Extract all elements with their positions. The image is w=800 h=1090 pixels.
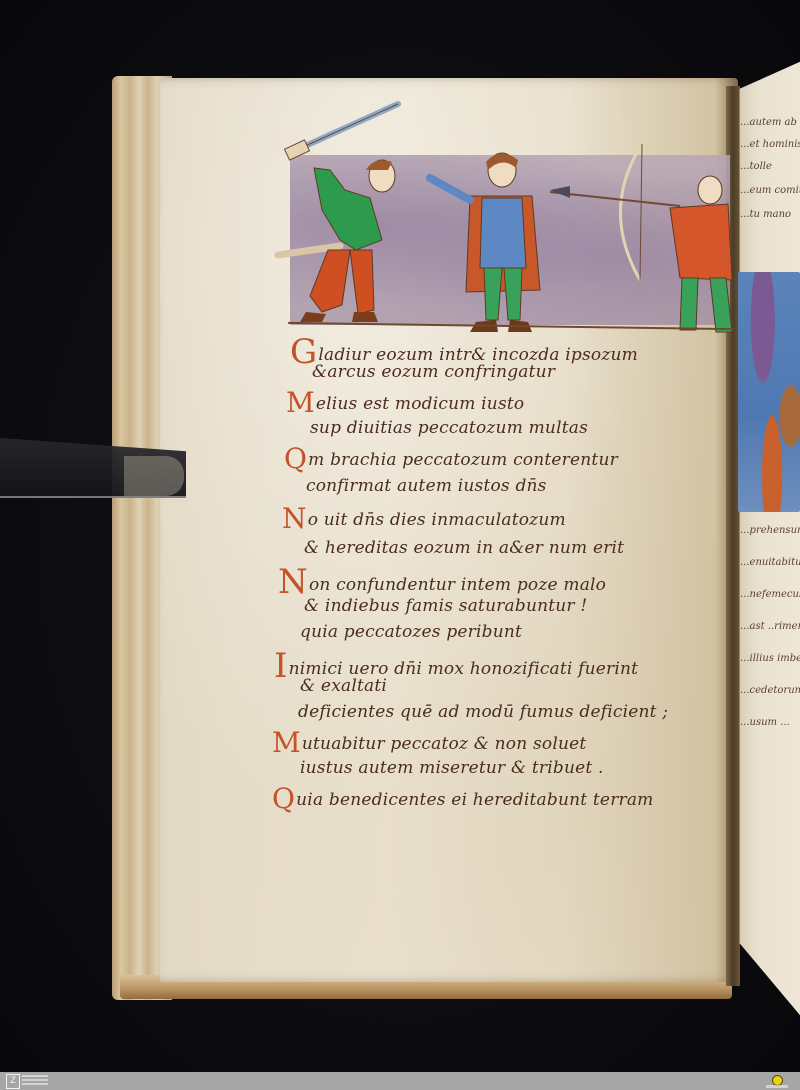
- library-name-text: [22, 1075, 48, 1086]
- central-figure: [430, 153, 540, 332]
- right-page-text-line: ...prehensum fenua: [740, 520, 800, 542]
- text-line: Qm brachia peccatozum conterentur: [284, 442, 618, 475]
- text-line: Quia benedicentes ei hereditabunt terram: [272, 782, 654, 815]
- text-line: confirmat autem iustos dn̄s: [306, 476, 547, 496]
- right-page-text-line: ...illius imbecillim: [740, 648, 800, 670]
- right-page-text-line: ...eum comitabit: [740, 180, 800, 202]
- rubric-initial: M: [272, 726, 301, 759]
- right-page-text-line: ...autem ab: [740, 112, 800, 134]
- text-line: &arcus eozum confringatur: [312, 362, 555, 382]
- archer-figure: [550, 144, 732, 332]
- viewer-footer: Z: [0, 1072, 800, 1090]
- right-page-text-line: ...ast ..rimentur: [740, 616, 800, 638]
- rubric-initial: Q: [272, 782, 295, 815]
- rubric-initial: I: [274, 646, 288, 686]
- image-viewer: ...autem ab ...et hominis ...tolle ...eu…: [0, 0, 800, 1072]
- text-line: deficientes quē ad modū fumus deficien…: [298, 702, 668, 722]
- library-logo-icon[interactable]: Z: [6, 1074, 20, 1089]
- text-line: Melius est modicum iusto: [286, 386, 524, 419]
- swordsman-figure: [278, 104, 398, 322]
- license-label: [766, 1085, 788, 1088]
- page-weight-tip: [124, 456, 184, 496]
- right-page-text-line: ...nefemecus quero: [740, 584, 800, 606]
- right-page-illumination: [738, 272, 800, 512]
- right-page-text-line: ...enuitabitum der: [740, 552, 800, 574]
- text-line: & hereditas eozum in a&er num erit: [304, 538, 624, 558]
- text-line: iustus autem miseretur & tribuet .: [300, 758, 604, 778]
- text-line: sup diuitias peccatozum multas: [310, 418, 588, 438]
- figures-drawing: [270, 100, 740, 340]
- right-page-text-line: ...cedetorum: [740, 680, 800, 702]
- text-line: No uit dn̄s dies inmaculatozum: [282, 502, 566, 535]
- right-page-text-line: ...tu mano: [740, 204, 800, 226]
- text-line: Mutuabitur peccatoz & non soluet: [272, 726, 586, 759]
- right-page-text-line: ...usum ...: [740, 712, 800, 734]
- rubric-initial: M: [286, 386, 315, 419]
- text-line: & indiebus famis saturabuntur !: [304, 596, 587, 616]
- miniature-illustration: [270, 100, 740, 340]
- rubric-initial: N: [282, 502, 307, 535]
- text-line: quia peccatozes peribunt: [300, 622, 522, 642]
- text-line: & exaltati: [300, 676, 387, 696]
- right-page-text-line: ...tolle: [740, 156, 800, 178]
- right-page-text-line: ...et hominis: [740, 134, 800, 156]
- rubric-initial: Q: [284, 442, 307, 475]
